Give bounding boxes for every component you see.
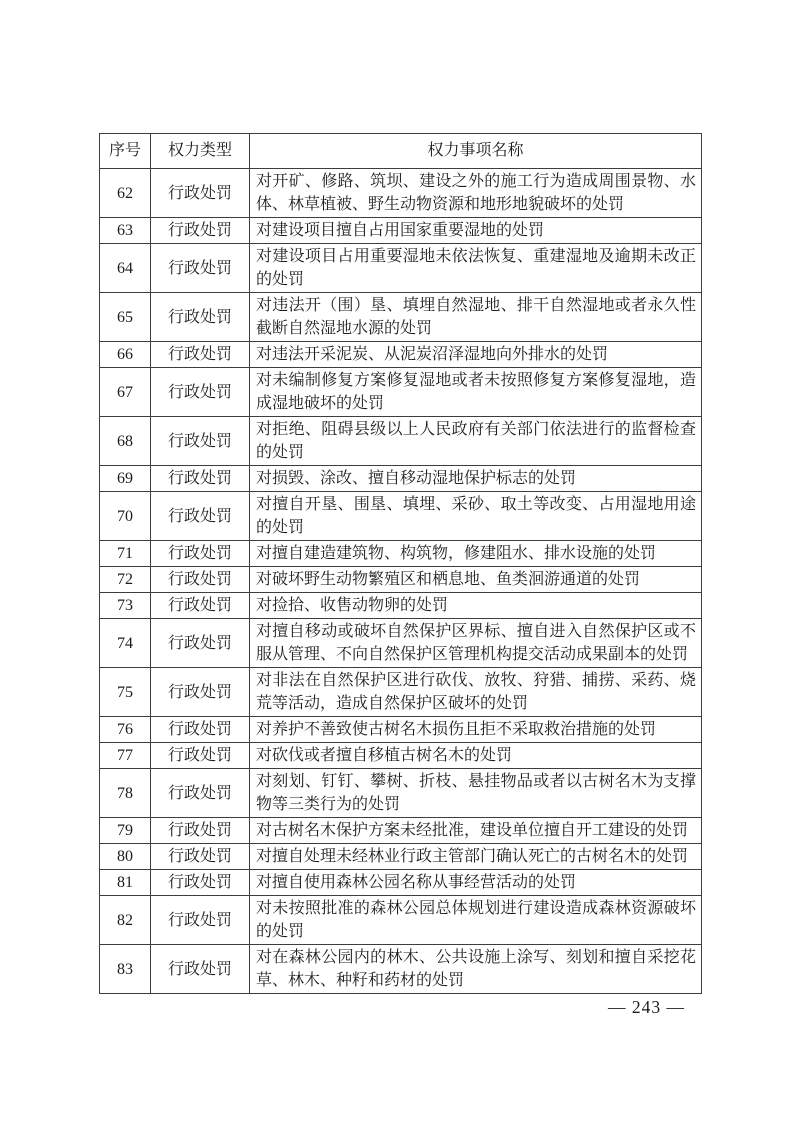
table-row: 65 行政处罚 对违法开（围）垦、填埋自然湿地、排干自然湿地或者永久性截断自然湿… xyxy=(100,293,702,342)
row-type-cell: 行政处罚 xyxy=(151,668,250,717)
row-type-cell: 行政处罚 xyxy=(151,844,250,870)
row-type-cell: 行政处罚 xyxy=(151,541,250,567)
row-item-name-cell: 对破坏野生动物繁殖区和栖息地、鱼类洄游通道的处罚 xyxy=(250,567,702,593)
table-row: 80 行政处罚 对擅自处理未经林业行政主管部门确认死亡的古树名木的处罚 xyxy=(100,844,702,870)
table-row: 71 行政处罚 对擅自建造建筑物、构筑物，修建阻水、排水设施的处罚 xyxy=(100,541,702,567)
row-item-name-cell: 对违法开（围）垦、填埋自然湿地、排干自然湿地或者永久性截断自然湿地水源的处罚 xyxy=(250,293,702,342)
row-index-cell: 64 xyxy=(100,244,151,293)
page-number: — 243 — xyxy=(608,998,685,1016)
row-item-name-cell: 对擅自建造建筑物、构筑物，修建阻水、排水设施的处罚 xyxy=(250,541,702,567)
row-index-cell: 76 xyxy=(100,717,151,743)
row-index-cell: 73 xyxy=(100,593,151,619)
row-item-name-cell: 对擅自处理未经林业行政主管部门确认死亡的古树名木的处罚 xyxy=(250,844,702,870)
table-row: 67 行政处罚 对未编制修复方案修复湿地或者未按照修复方案修复湿地，造成湿地破坏… xyxy=(100,368,702,417)
row-item-name-cell: 对擅自使用森林公园名称从事经营活动的处罚 xyxy=(250,870,702,896)
table-row: 78 行政处罚 对刻划、钉钉、攀树、折枝、悬挂物品或者以古树名木为支撑物等三类行… xyxy=(100,769,702,818)
row-index-cell: 80 xyxy=(100,844,151,870)
row-type-cell: 行政处罚 xyxy=(151,896,250,945)
table-body: 62 行政处罚 对开矿、修路、筑坝、建设之外的施工行为造成周围景物、水体、林草植… xyxy=(100,169,702,994)
table-row: 64 行政处罚 对建设项目占用重要湿地未依法恢复、重建湿地及逾期未改正的处罚 xyxy=(100,244,702,293)
row-index-cell: 63 xyxy=(100,218,151,244)
table-row: 62 行政处罚 对开矿、修路、筑坝、建设之外的施工行为造成周围景物、水体、林草植… xyxy=(100,169,702,218)
row-index-cell: 65 xyxy=(100,293,151,342)
row-item-name-cell: 对未编制修复方案修复湿地或者未按照修复方案修复湿地，造成湿地破坏的处罚 xyxy=(250,368,702,417)
table-row: 68 行政处罚 对拒绝、阻碍县级以上人民政府有关部门依法进行的监督检查的处罚 xyxy=(100,417,702,466)
row-item-name-cell: 对建设项目擅自占用国家重要湿地的处罚 xyxy=(250,218,702,244)
row-item-name-cell: 对古树名木保护方案未经批准，建设单位擅自开工建设的处罚 xyxy=(250,818,702,844)
row-type-cell: 行政处罚 xyxy=(151,218,250,244)
row-type-cell: 行政处罚 xyxy=(151,743,250,769)
column-header-power-item-name: 权力事项名称 xyxy=(250,134,702,169)
row-index-cell: 82 xyxy=(100,896,151,945)
table-row: 69 行政处罚 对损毁、涂改、擅自移动湿地保护标志的处罚 xyxy=(100,466,702,492)
table-row: 82 行政处罚 对未按照批准的森林公园总体规划进行建设造成森林资源破坏的处罚 xyxy=(100,896,702,945)
row-item-name-cell: 对擅自开垦、围垦、填埋、采砂、取土等改变、占用湿地用途的处罚 xyxy=(250,492,702,541)
row-index-cell: 69 xyxy=(100,466,151,492)
row-type-cell: 行政处罚 xyxy=(151,417,250,466)
row-item-name-cell: 对刻划、钉钉、攀树、折枝、悬挂物品或者以古树名木为支撑物等三类行为的处罚 xyxy=(250,769,702,818)
row-item-name-cell: 对擅自移动或破坏自然保护区界标、擅自进入自然保护区或不服从管理、不向自然保护区管… xyxy=(250,619,702,668)
row-type-cell: 行政处罚 xyxy=(151,293,250,342)
row-item-name-cell: 对建设项目占用重要湿地未依法恢复、重建湿地及逾期未改正的处罚 xyxy=(250,244,702,293)
row-index-cell: 81 xyxy=(100,870,151,896)
row-type-cell: 行政处罚 xyxy=(151,466,250,492)
row-item-name-cell: 对违法开采泥炭、从泥炭沼泽湿地向外排水的处罚 xyxy=(250,342,702,368)
row-index-cell: 68 xyxy=(100,417,151,466)
row-type-cell: 行政处罚 xyxy=(151,492,250,541)
row-index-cell: 83 xyxy=(100,945,151,994)
row-type-cell: 行政处罚 xyxy=(151,619,250,668)
row-type-cell: 行政处罚 xyxy=(151,717,250,743)
row-item-name-cell: 对非法在自然保护区进行砍伐、放牧、狩猎、捕捞、采药、烧荒等活动，造成自然保护区破… xyxy=(250,668,702,717)
table-row: 77 行政处罚 对砍伐或者擅自移植古树名木的处罚 xyxy=(100,743,702,769)
row-item-name-cell: 对养护不善致使古树名木损伤且拒不采取救治措施的处罚 xyxy=(250,717,702,743)
row-type-cell: 行政处罚 xyxy=(151,945,250,994)
power-items-table: 序号 权力类型 权力事项名称 62 行政处罚 对开矿、修路、筑坝、建设之外的施工… xyxy=(99,133,702,994)
table-row: 73 行政处罚 对捡拾、收售动物卵的处罚 xyxy=(100,593,702,619)
table-header-row: 序号 权力类型 权力事项名称 xyxy=(100,134,702,169)
table-row: 70 行政处罚 对擅自开垦、围垦、填埋、采砂、取土等改变、占用湿地用途的处罚 xyxy=(100,492,702,541)
row-index-cell: 71 xyxy=(100,541,151,567)
table-row: 83 行政处罚 对在森林公园内的林木、公共设施上涂写、刻划和擅自采挖花草、林木、… xyxy=(100,945,702,994)
row-index-cell: 77 xyxy=(100,743,151,769)
table-row: 63 行政处罚 对建设项目擅自占用国家重要湿地的处罚 xyxy=(100,218,702,244)
table-row: 81 行政处罚 对擅自使用森林公园名称从事经营活动的处罚 xyxy=(100,870,702,896)
row-type-cell: 行政处罚 xyxy=(151,244,250,293)
row-index-cell: 78 xyxy=(100,769,151,818)
row-item-name-cell: 对开矿、修路、筑坝、建设之外的施工行为造成周围景物、水体、林草植被、野生动物资源… xyxy=(250,169,702,218)
row-index-cell: 74 xyxy=(100,619,151,668)
row-index-cell: 62 xyxy=(100,169,151,218)
row-item-name-cell: 对损毁、涂改、擅自移动湿地保护标志的处罚 xyxy=(250,466,702,492)
table-row: 74 行政处罚 对擅自移动或破坏自然保护区界标、擅自进入自然保护区或不服从管理、… xyxy=(100,619,702,668)
row-type-cell: 行政处罚 xyxy=(151,567,250,593)
table-row: 76 行政处罚 对养护不善致使古树名木损伤且拒不采取救治措施的处罚 xyxy=(100,717,702,743)
row-type-cell: 行政处罚 xyxy=(151,169,250,218)
row-type-cell: 行政处罚 xyxy=(151,368,250,417)
row-index-cell: 66 xyxy=(100,342,151,368)
column-header-index: 序号 xyxy=(100,134,151,169)
row-item-name-cell: 对捡拾、收售动物卵的处罚 xyxy=(250,593,702,619)
row-type-cell: 行政处罚 xyxy=(151,769,250,818)
table-row: 75 行政处罚 对非法在自然保护区进行砍伐、放牧、狩猎、捕捞、采药、烧荒等活动，… xyxy=(100,668,702,717)
table-row: 72 行政处罚 对破坏野生动物繁殖区和栖息地、鱼类洄游通道的处罚 xyxy=(100,567,702,593)
document-page: 序号 权力类型 权力事项名称 62 行政处罚 对开矿、修路、筑坝、建设之外的施工… xyxy=(0,0,793,1122)
column-header-power-type: 权力类型 xyxy=(151,134,250,169)
row-index-cell: 79 xyxy=(100,818,151,844)
row-type-cell: 行政处罚 xyxy=(151,818,250,844)
row-item-name-cell: 对在森林公园内的林木、公共设施上涂写、刻划和擅自采挖花草、林木、种籽和药材的处罚 xyxy=(250,945,702,994)
row-type-cell: 行政处罚 xyxy=(151,593,250,619)
row-type-cell: 行政处罚 xyxy=(151,870,250,896)
row-index-cell: 70 xyxy=(100,492,151,541)
row-type-cell: 行政处罚 xyxy=(151,342,250,368)
table-row: 66 行政处罚 对违法开采泥炭、从泥炭沼泽湿地向外排水的处罚 xyxy=(100,342,702,368)
row-index-cell: 67 xyxy=(100,368,151,417)
row-item-name-cell: 对未按照批准的森林公园总体规划进行建设造成森林资源破坏的处罚 xyxy=(250,896,702,945)
row-index-cell: 75 xyxy=(100,668,151,717)
row-item-name-cell: 对砍伐或者擅自移植古树名木的处罚 xyxy=(250,743,702,769)
row-item-name-cell: 对拒绝、阻碍县级以上人民政府有关部门依法进行的监督检查的处罚 xyxy=(250,417,702,466)
table-row: 79 行政处罚 对古树名木保护方案未经批准，建设单位擅自开工建设的处罚 xyxy=(100,818,702,844)
row-index-cell: 72 xyxy=(100,567,151,593)
